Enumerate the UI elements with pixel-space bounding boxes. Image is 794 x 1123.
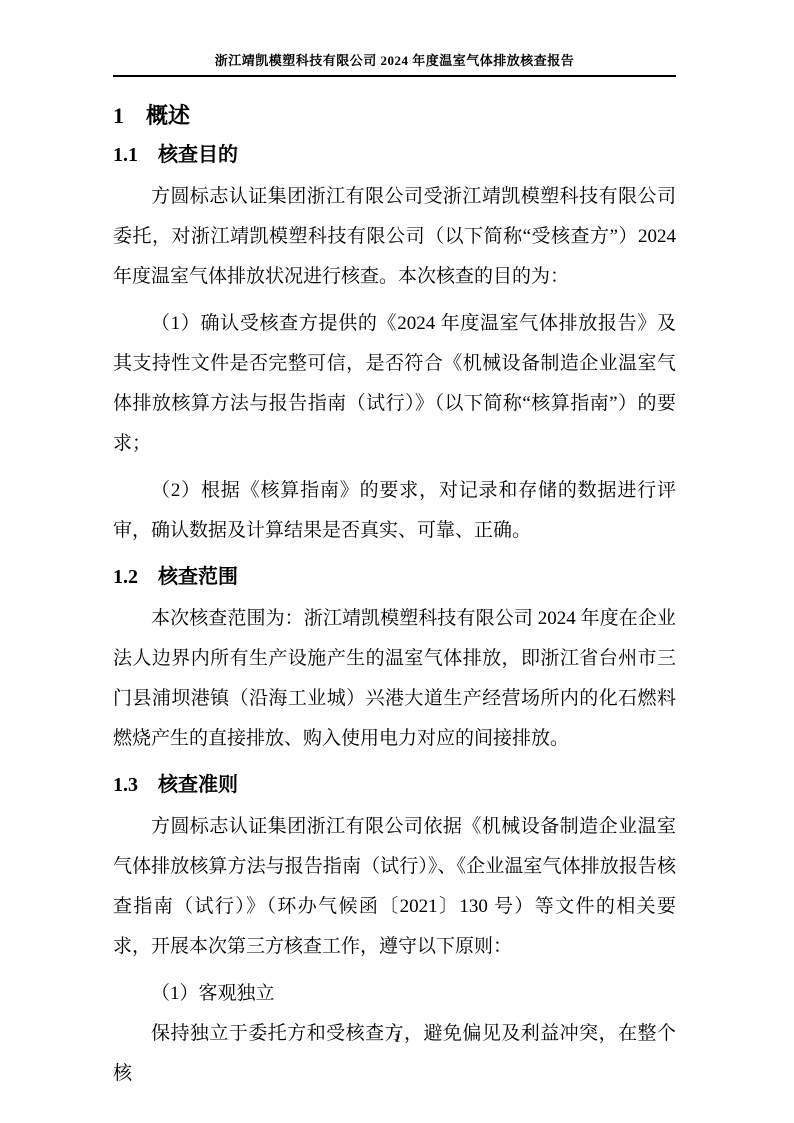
heading-1-1-verification-purpose: 1.1核查目的 [113, 143, 676, 167]
heading-text: 概述 [146, 103, 190, 128]
paragraph-principle-1-body: 保持独立于委托方和受核查方，避免偏见及利益冲突，在整个核 [113, 1014, 676, 1094]
paragraph-principle-1-title: （1）客观独立 [113, 974, 676, 1014]
document-body: 1概述 1.1核查目的 方圆标志认证集团浙江有限公司受浙江靖凯模塑科技有限公司委… [113, 79, 676, 1094]
page-number: 1 [394, 1030, 401, 1045]
document-page: 浙江靖凯模塑科技有限公司 2024 年度温室气体排放核查报告 1概述 1.1核查… [0, 0, 794, 1123]
heading-1-2-verification-scope: 1.2核查范围 [113, 565, 676, 589]
paragraph-purpose-intro: 方圆标志认证集团浙江有限公司受浙江靖凯模塑科技有限公司委托，对浙江靖凯模塑科技有… [113, 177, 676, 297]
heading-1-3-verification-criteria: 1.3核查准则 [113, 773, 676, 797]
heading-number: 1.1 [113, 143, 138, 167]
heading-text: 核查范围 [158, 566, 238, 588]
page-footer: 1 [0, 1030, 794, 1046]
heading-number: 1 [113, 103, 124, 129]
paragraph-scope: 本次核查范围为：浙江靖凯模塑科技有限公司 2024 年度在企业法人边界内所有生产… [113, 599, 676, 759]
paragraph-criteria: 方圆标志认证集团浙江有限公司依据《机械设备制造企业温室气体排放核算方法与报告指南… [113, 807, 676, 967]
heading-text: 核查目的 [158, 144, 238, 166]
paragraph-purpose-item-1: （1）确认受核查方提供的《2024 年度温室气体排放报告》及其支持性文件是否完整… [113, 304, 676, 464]
heading-text: 核查准则 [158, 774, 238, 796]
heading-1-overview: 1概述 [113, 103, 676, 129]
heading-number: 1.2 [113, 565, 138, 589]
paragraph-purpose-item-2: （2）根据《核算指南》的要求，对记录和存储的数据进行评审，确认数据及计算结果是否… [113, 471, 676, 551]
heading-number: 1.3 [113, 773, 138, 797]
page-header: 浙江靖凯模塑科技有限公司 2024 年度温室气体排放核查报告 [113, 50, 676, 77]
header-title: 浙江靖凯模塑科技有限公司 2024 年度温室气体排放核查报告 [215, 53, 575, 68]
